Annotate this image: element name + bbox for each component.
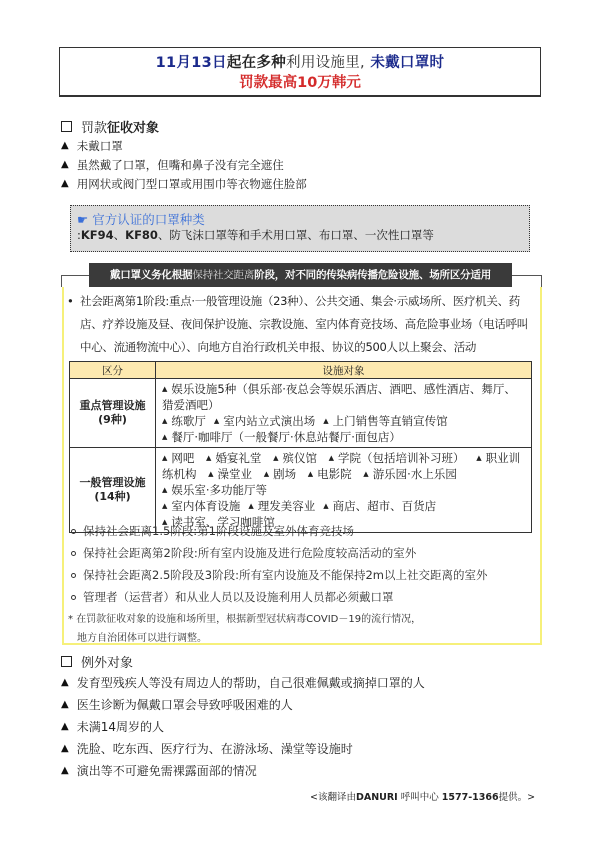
list-item: ▲演出等不可避免需裸露面部的情况 [61, 759, 425, 781]
list-item: 管理者（运营者）和从业人员以及设施利用人员都必须戴口罩 [71, 586, 488, 608]
title-bold: 起在多种 [227, 55, 286, 71]
triangle-bullet-icon: ▲ [61, 178, 69, 189]
list-item: ▲医生诊断为佩戴口罩会导致呼吸困难的人 [61, 693, 425, 715]
circle-bullet-icon [71, 551, 76, 556]
facility-table: 区分 设施对象 重点管理设施 (9种) ▲娱乐设施5种（俱乐部·夜总会等娱乐酒店… [69, 361, 532, 533]
triangle-bullet-icon: ▲ [61, 677, 69, 688]
square-bullet-icon [61, 656, 72, 667]
triangle-bullet-icon: ▲ [476, 454, 481, 462]
triangle-bullet-icon: ▲ [61, 699, 69, 710]
triangle-bullet-icon: ▲ [162, 433, 167, 441]
triangle-bullet-icon: ▲ [363, 470, 368, 478]
exceptions-heading: 例外对象 [61, 652, 133, 671]
triangle-bullet-icon: ▲ [162, 502, 167, 510]
table-header-category: 区分 [70, 362, 156, 379]
list-item: 保持社会距离第2阶段:所有室内设施及进行危险度较高活动的室外 [71, 542, 488, 564]
triangle-bullet-icon: ▲ [323, 502, 328, 510]
triangle-bullet-icon: ▲ [323, 417, 328, 425]
triangle-bullet-icon: ▲ [162, 385, 167, 393]
list-item: 保持社会距离1.5阶段:第1阶段设施及室外体育竞技场 [71, 520, 488, 542]
triangle-bullet-icon: ▲ [162, 486, 167, 494]
fine-targets-list: ▲未戴口罩 ▲虽然戴了口罩，但嘴和鼻子没有完全遮住 ▲用网状或阀门型口罩或用围巾… [61, 136, 307, 193]
asterisk-marker: * [68, 614, 73, 625]
footnote: * 在罚款征收对象的设施和场所里，根据新型冠状病毒COVID－19的流行情况， … [68, 610, 421, 648]
circle-bullet-icon [71, 529, 76, 534]
exceptions-list: ▲发育型残疾人等没有周边人的帮助，自己很难佩戴或摘掉口罩的人 ▲医生诊断为佩戴口… [61, 671, 425, 781]
triangle-bullet-icon: ▲ [273, 454, 278, 462]
triangle-bullet-icon: ▲ [162, 454, 167, 462]
title-date: 11月13日 [156, 55, 227, 71]
square-bullet-icon [61, 121, 72, 132]
triangle-bullet-icon: ▲ [214, 417, 219, 425]
stage-list: 保持社会距离1.5阶段:第1阶段设施及室外体育竞技场 保持社会距离第2阶段:所有… [71, 520, 488, 608]
list-item: ▲未戴口罩 [61, 136, 307, 155]
title-line-1: 11月13日起在多种利用设施里, 未戴口罩时 [60, 53, 540, 73]
triangle-bullet-icon: ▲ [208, 470, 213, 478]
triangle-bullet-icon: ▲ [61, 159, 69, 170]
list-item: ▲虽然戴了口罩，但嘴和鼻子没有完全遮住 [61, 155, 307, 174]
triangle-bullet-icon: ▲ [308, 470, 313, 478]
stage1-paragraph: •社会距离第1阶段:重点·一般管理设施（23种）、公共交通、集会·示威场所、医疗… [67, 290, 539, 359]
certified-masks-body: :KF94、KF80、防飞沫口罩等和手术用口罩、布口罩、一次性口罩等 [77, 228, 523, 243]
triangle-bullet-icon: ▲ [61, 765, 69, 776]
triangle-bullet-icon: ▲ [61, 140, 69, 151]
certified-masks-box: ☛ 官方认证的口罩种类 :KF94、KF80、防飞沫口罩等和手术用口罩、布口罩、… [70, 205, 530, 252]
title-normal: 利用设施里, [286, 55, 365, 71]
list-item: ▲用网状或阀门型口罩或用围巾等衣物遮住脸部 [61, 174, 307, 193]
triangle-bullet-icon: ▲ [206, 454, 211, 462]
translation-credit: <该翻译由DANURI 呼叫中心 1577-1366提供。> [310, 789, 535, 803]
dot-bullet-icon: • [67, 290, 80, 313]
fine-targets-heading: 罚款征收对象 [61, 117, 159, 136]
triangle-bullet-icon: ▲ [329, 454, 334, 462]
list-item: 保持社会距离2.5阶段及3阶段:所有室内设施及不能保持2m以上社交距离的室外 [71, 564, 488, 586]
facilities-cell: ▲娱乐设施5种（俱乐部·夜总会等娱乐酒店、酒吧、感性酒店、舞厅、猎爱酒吧） ▲练… [156, 379, 532, 448]
table-header-facilities: 设施对象 [156, 362, 532, 379]
circle-bullet-icon [71, 595, 76, 600]
frame-left-tick [61, 275, 62, 287]
title-line-2: 罚款最高10万韩元 [60, 73, 540, 93]
frame-right-tick [541, 275, 542, 287]
category-cell: 重点管理设施 (9种) [70, 379, 156, 448]
circle-bullet-icon [71, 573, 76, 578]
triangle-bullet-icon: ▲ [264, 470, 269, 478]
list-item: ▲发育型残疾人等没有周边人的帮助，自己很难佩戴或摘掉口罩的人 [61, 671, 425, 693]
list-item: ▲洗脸、吃东西、医疗行为、在游泳场、澡堂等设施时 [61, 737, 425, 759]
title-blue-end: 未戴口罩时 [370, 55, 444, 71]
triangle-bullet-icon: ▲ [61, 743, 69, 754]
triangle-bullet-icon: ▲ [61, 721, 69, 732]
pointing-hand-icon: ☛ [77, 212, 88, 227]
heading-bold: 征收对象 [107, 121, 159, 136]
heading-prefix: 罚款 [81, 121, 107, 136]
title-box: 11月13日起在多种利用设施里, 未戴口罩时 罚款最高10万韩元 [59, 47, 541, 97]
triangle-bullet-icon: ▲ [162, 417, 167, 425]
scope-banner: 戴口罩义务化根据保持社交距离阶段，对不同的传染病传播危险设施、场所区分适用 [89, 263, 512, 287]
triangle-bullet-icon: ▲ [248, 502, 253, 510]
table-row: 重点管理设施 (9种) ▲娱乐设施5种（俱乐部·夜总会等娱乐酒店、酒吧、感性酒店… [70, 379, 532, 448]
certified-masks-title: ☛ 官方认证的口罩种类 [77, 212, 523, 228]
list-item: ▲未满14周岁的人 [61, 715, 425, 737]
